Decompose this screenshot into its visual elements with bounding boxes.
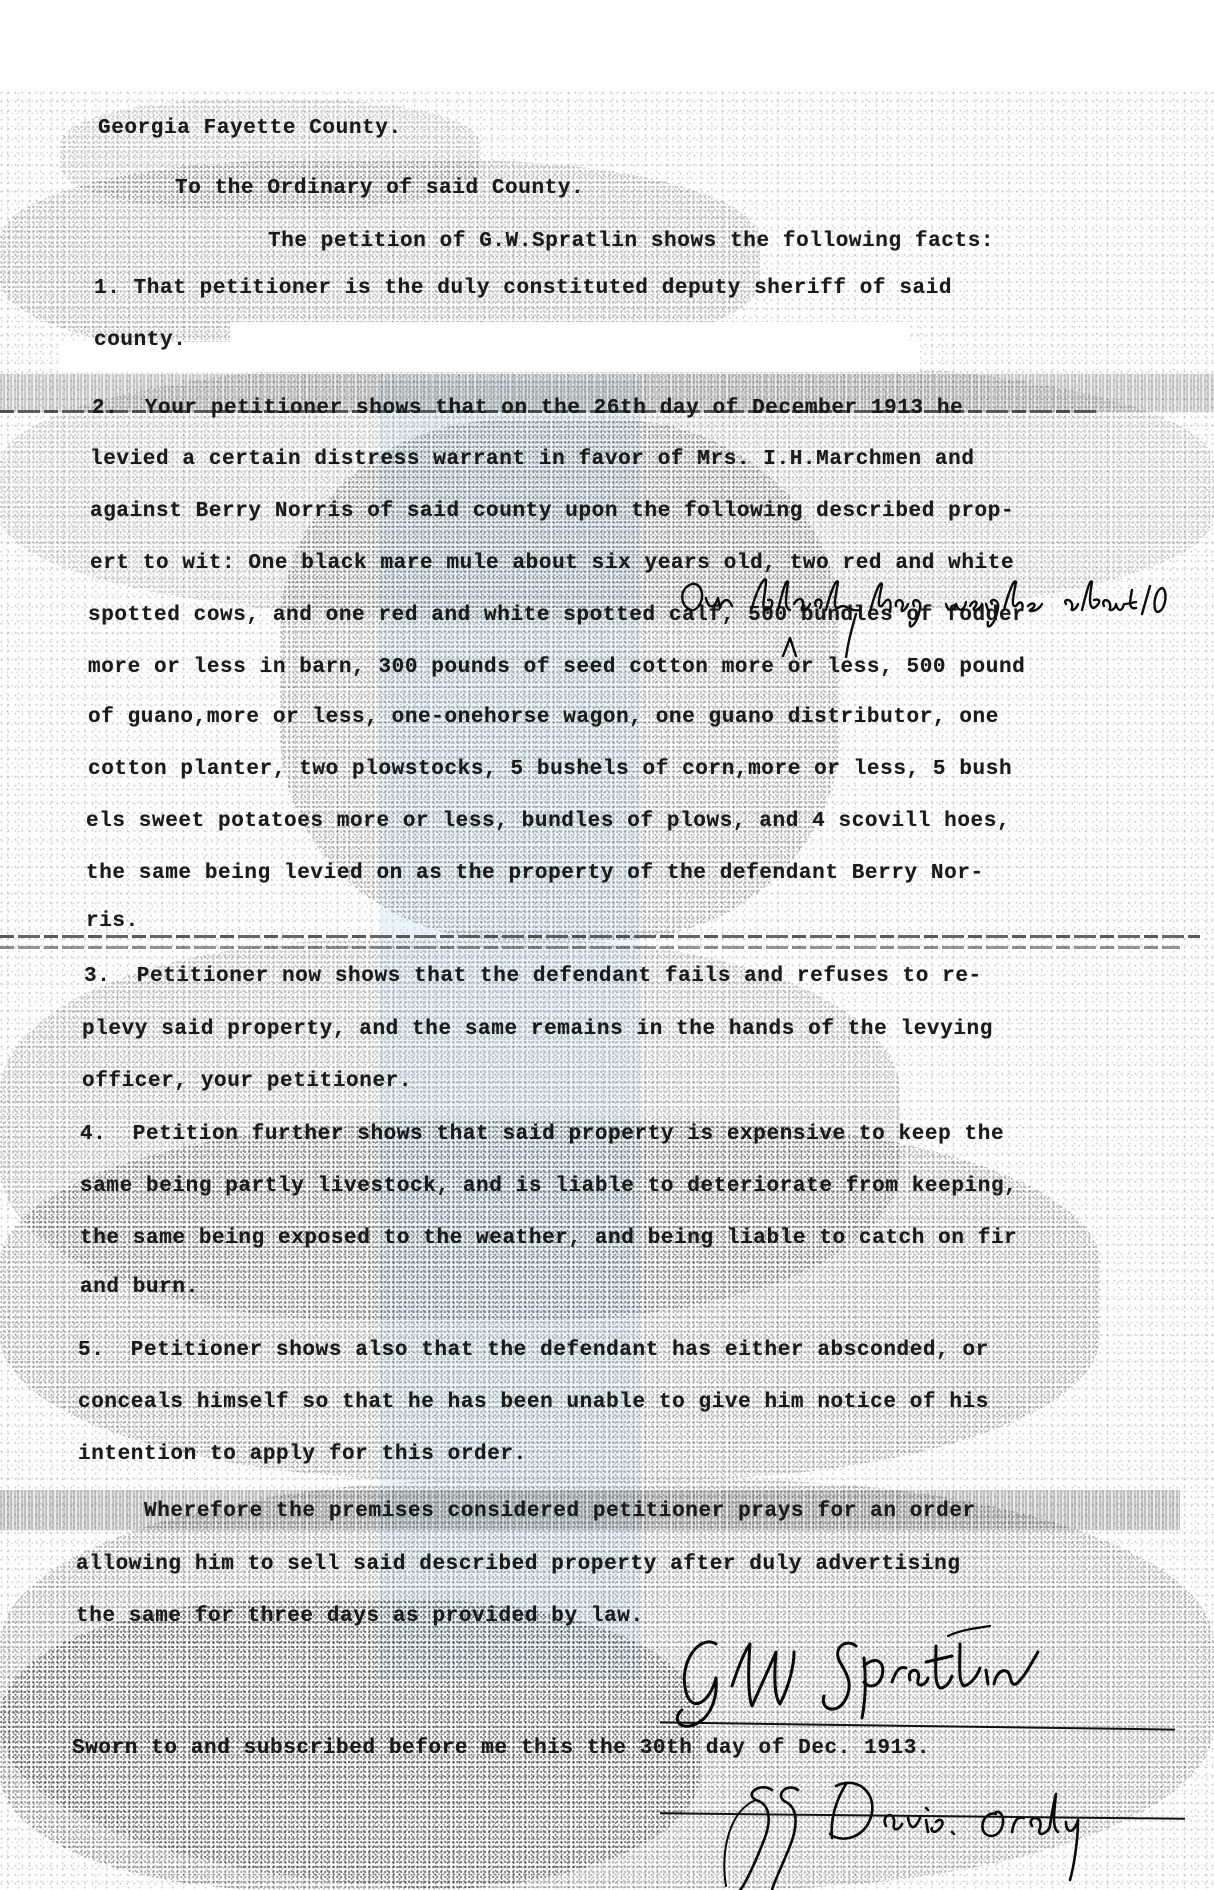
- paragraph-2-line: of guano,more or less, one-onehorse wago…: [88, 706, 999, 729]
- paragraph-4-line: 4. Petition further shows that said prop…: [80, 1123, 1004, 1146]
- petitioner-signature: G.W. Spratlin: [660, 1622, 1200, 1732]
- header-address: To the Ordinary of said County.: [175, 177, 584, 200]
- paragraph-2-line: cotton planter, two plowstocks, 5 bushel…: [88, 758, 1012, 781]
- paragraph-2-line: els sweet potatoes more or less, bundles…: [86, 810, 1010, 833]
- paragraph-5-line: intention to apply for this order.: [78, 1443, 527, 1466]
- paragraph-1-line: 1. That petitioner is the duly constitut…: [94, 277, 952, 300]
- paragraph-2-line: 2. Your petitioner shows that on the 26t…: [92, 397, 963, 420]
- paragraph-5-line: conceals himself so that he has been una…: [78, 1391, 989, 1414]
- prayer-line: allowing him to sell said described prop…: [76, 1553, 961, 1576]
- signature-line: [660, 1721, 1175, 1730]
- paragraph-2-line: the same being levied on as the property…: [86, 862, 984, 885]
- scan-whiteout: [60, 342, 920, 372]
- paragraph-2-line: against Berry Norris of said county upon…: [90, 500, 1014, 523]
- paragraph-4-line: same being partly livestock, and is liab…: [80, 1175, 1017, 1198]
- prayer-line: the same for three days as provided by l…: [76, 1605, 644, 1628]
- paragraph-1-line: county.: [94, 329, 186, 352]
- paragraph-3-line: officer, your petitioner.: [82, 1070, 412, 1093]
- scanned-document-page: Georgia Fayette County. To the Ordinary …: [0, 0, 1214, 1890]
- header-intro: The petition of G.W.Spratlin shows the f…: [268, 230, 994, 253]
- paragraph-3-line: 3. Petitioner now shows that the defenda…: [84, 965, 982, 988]
- paragraph-5-line: 5. Petitioner shows also that the defend…: [78, 1339, 989, 1362]
- paragraph-4-line: and burn.: [80, 1276, 199, 1299]
- paragraph-2-line: more or less in barn, 300 pounds of seed…: [88, 656, 1025, 679]
- paragraph-4-line: the same being exposed to the weather, a…: [80, 1227, 1017, 1250]
- ordinary-signature: J.J. Davis. Ordy: [660, 1770, 1200, 1890]
- jurat-line: Sworn to and subscribed before me this t…: [72, 1737, 930, 1760]
- paragraph-2-line: spotted cows, and one red and white spot…: [88, 604, 1025, 627]
- scan-streak: [0, 946, 1180, 949]
- scan-speckle: [0, 1120, 1100, 1480]
- ordinary-signature-line: [660, 1812, 1185, 1819]
- paragraph-3-line: plevy said property, and the same remain…: [82, 1018, 993, 1041]
- paragraph-2-line: ert to wit: One black mare mule about si…: [90, 552, 1014, 575]
- header-state-county: Georgia Fayette County.: [98, 117, 402, 140]
- scan-streak: [0, 935, 1200, 938]
- paragraph-2-line: ris.: [86, 910, 139, 933]
- scan-speckle: [0, 1480, 1214, 1890]
- paragraph-2-line: levied a certain distress warrant in fav…: [90, 448, 975, 471]
- prayer-line: Wherefore the premises considered petiti…: [78, 1500, 976, 1523]
- scan-whiteout: [230, 322, 910, 344]
